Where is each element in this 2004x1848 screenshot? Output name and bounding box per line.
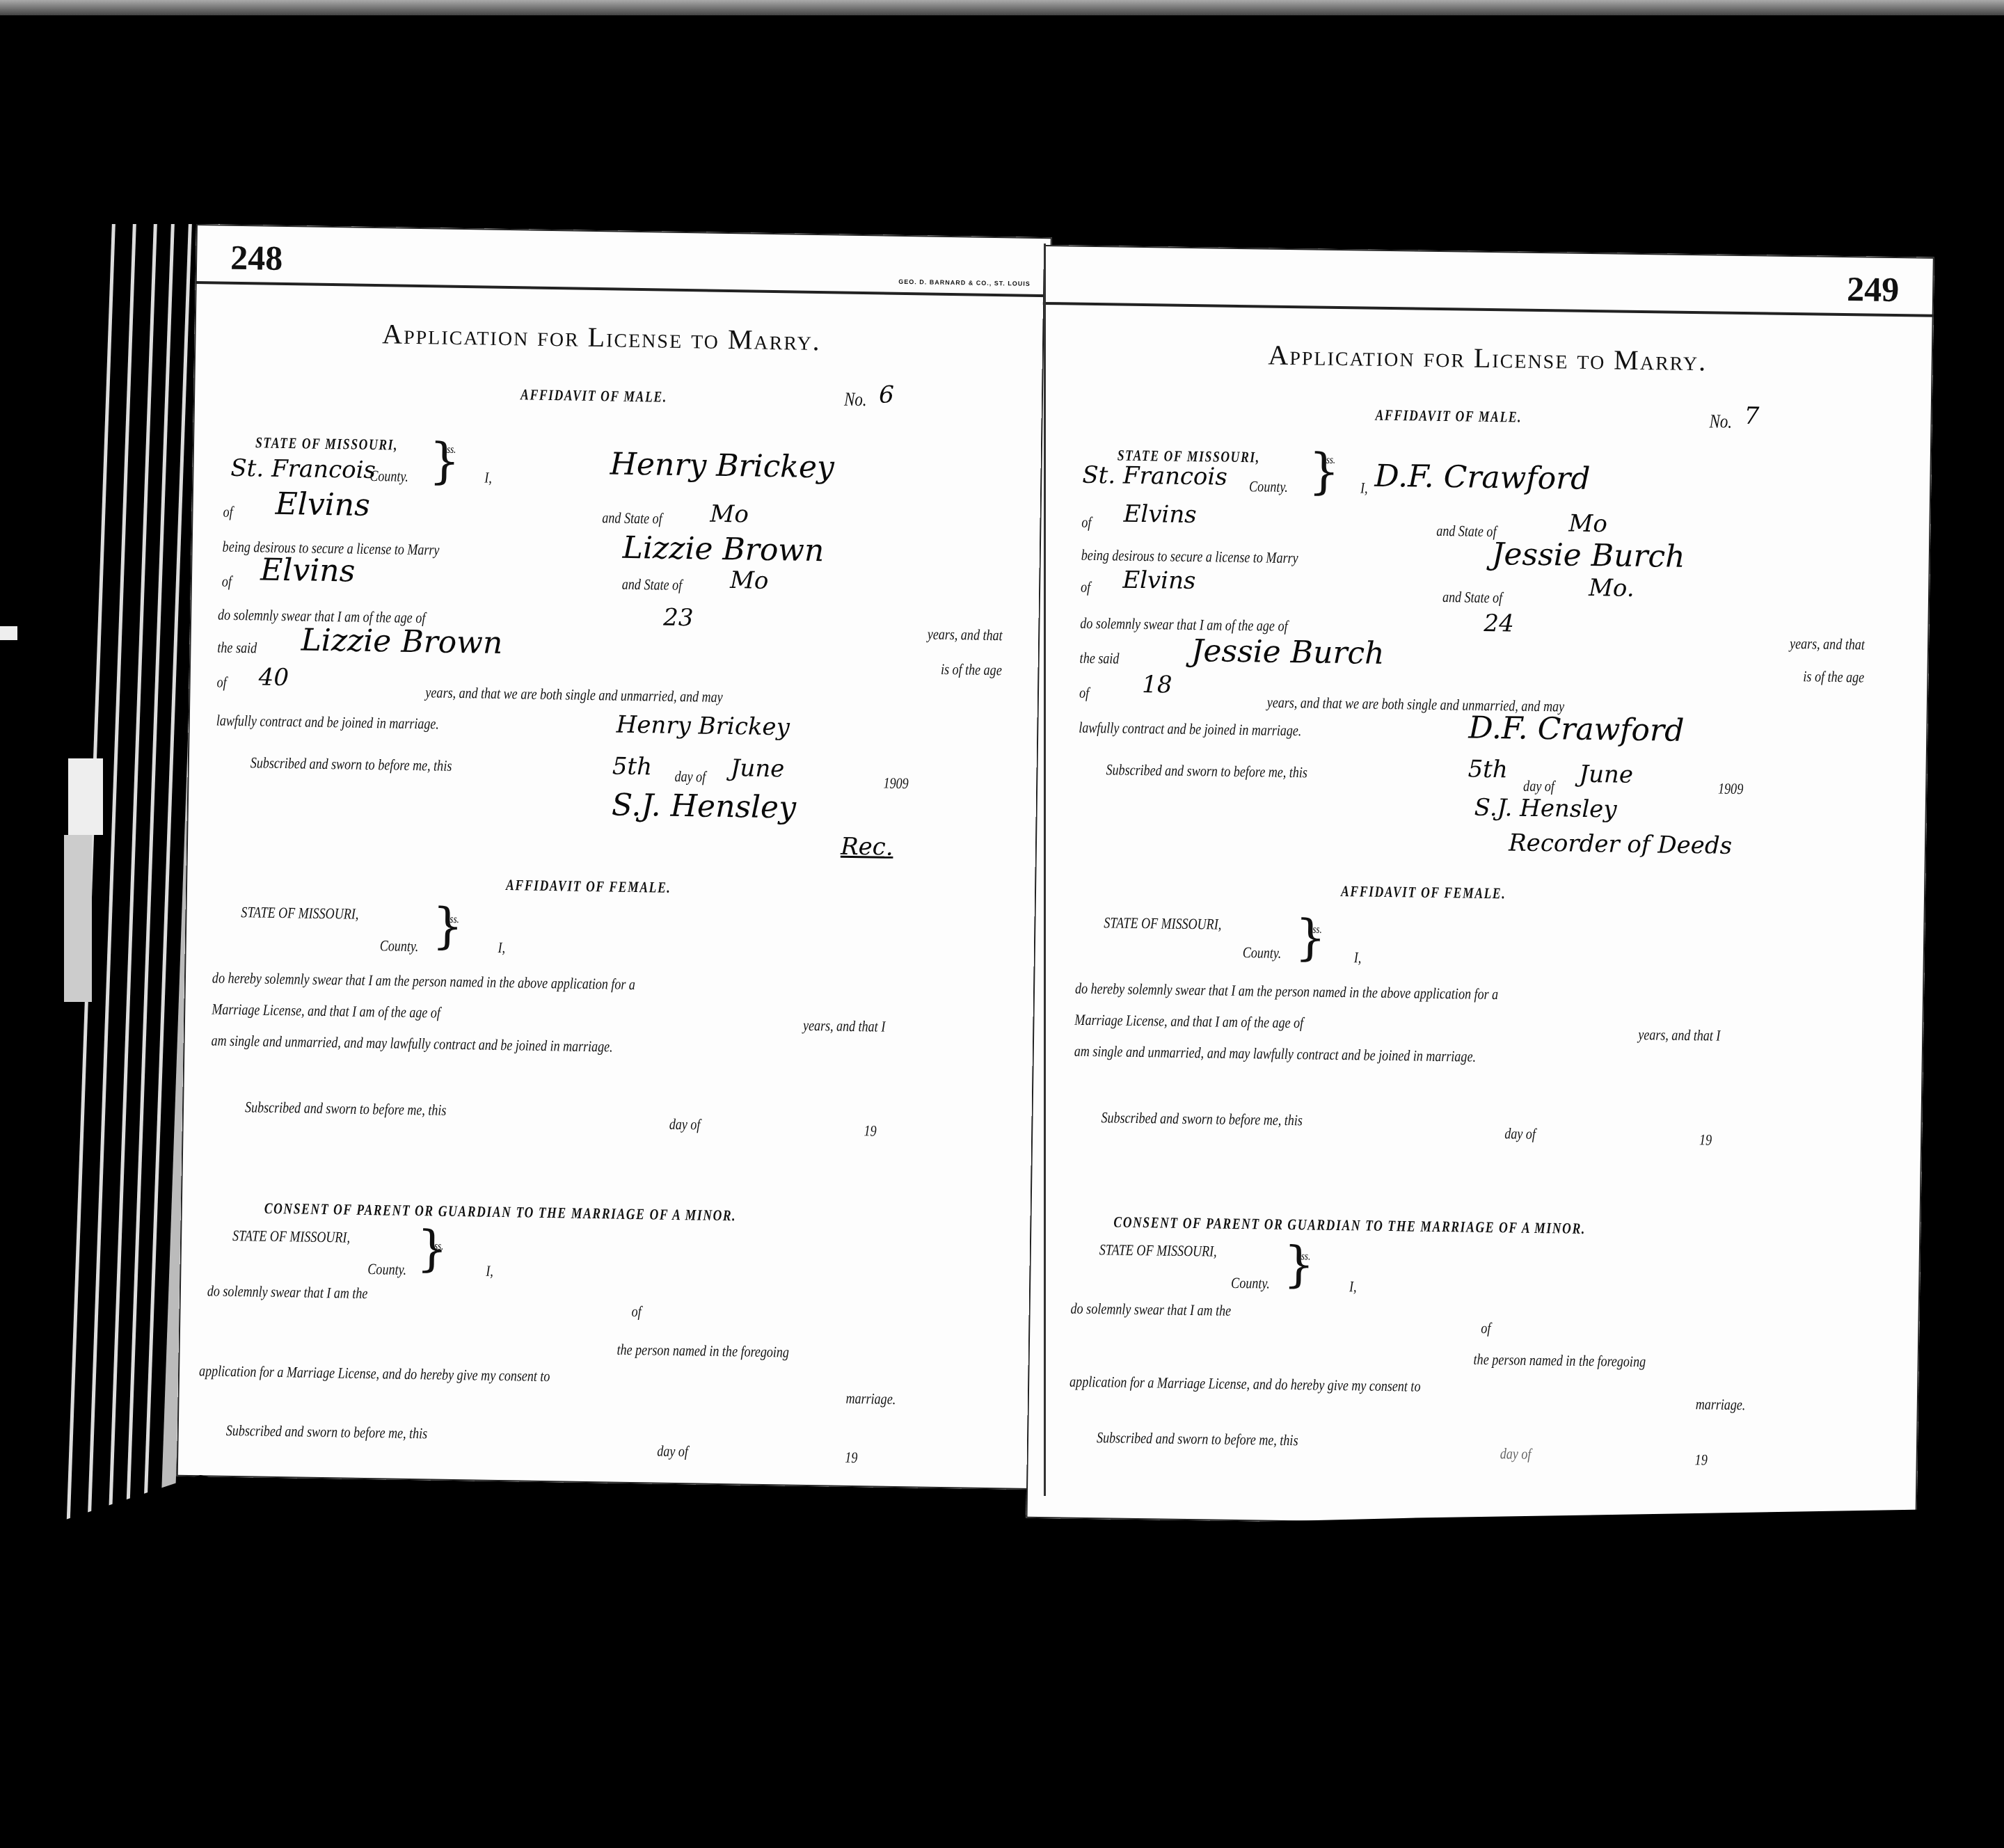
bride-residence: Elvins	[260, 552, 356, 589]
groom-name: D.F. Crawford	[1374, 459, 1591, 497]
page-number: 248	[230, 237, 283, 278]
county-label: County.	[1249, 477, 1288, 496]
years-and-that: years, and that	[928, 626, 1003, 645]
sworn-month: June	[1579, 760, 1633, 789]
male-affidavit-heading: AFFIDAVIT OF MALE.	[1375, 406, 1522, 427]
groom-residence: Elvins	[275, 486, 370, 523]
consent-line-3a: application for a Marriage License, and …	[1069, 1373, 1421, 1396]
page-tab-marker	[64, 835, 92, 1002]
groom-age: 23	[663, 604, 694, 632]
subscribed-text: Subscribed and sworn to before me, this	[226, 1421, 428, 1443]
of-label: of	[223, 503, 232, 521]
female-line-3: am single and unmarried, and may lawfull…	[211, 1031, 613, 1056]
year-prefix: 19	[864, 1122, 876, 1140]
county-label: County.	[1243, 943, 1282, 962]
female-line-3: am single and unmarried, and may lawfull…	[1074, 1042, 1477, 1066]
female-affidavit-heading: AFFIDAVIT OF FEMALE.	[1341, 882, 1506, 902]
ss-label: ss.	[447, 444, 456, 456]
state-of-label: and State of	[1436, 522, 1497, 541]
subscribed-text: Subscribed and sworn to before me, this	[250, 754, 452, 775]
day-of-label: day of	[1504, 1124, 1536, 1143]
groom-state: Mo	[710, 500, 749, 529]
female-line-2b: years, and that I	[1638, 1026, 1721, 1045]
page-tab-marker	[0, 626, 17, 640]
day-of-label: day of	[1523, 777, 1554, 796]
lawfully-text: lawfully contract and be joined in marri…	[216, 712, 440, 733]
bride-residence: Elvins	[1122, 566, 1196, 595]
groom-state: Mo	[1568, 510, 1607, 539]
year-prefix: 19	[845, 1449, 857, 1467]
consent-line-3b: marriage.	[845, 1389, 896, 1408]
groom-signature: Henry Brickey	[616, 711, 790, 742]
bride-state-label: and State of	[1442, 588, 1503, 607]
left-page: 248 GEO. D. BARNARD & CO., ST. LOUIS App…	[177, 224, 1052, 1490]
bride-state-label: and State of	[622, 575, 683, 594]
consent-line-2: the person named in the foregoing	[1474, 1351, 1646, 1371]
consent-line-1b: of	[631, 1303, 641, 1321]
ss-label: ss.	[1326, 454, 1336, 467]
consent-heading: CONSENT OF PARENT OR GUARDIAN TO THE MAR…	[1113, 1213, 1586, 1238]
day-of-label: day of	[669, 1115, 701, 1134]
state-label: STATE OF MISSOURI,	[255, 433, 398, 454]
groom-age: 24	[1484, 610, 1514, 638]
years-and-that: years, and that	[1790, 635, 1865, 654]
sworn-day: 5th	[612, 752, 653, 781]
sworn-year: 1909	[1718, 780, 1743, 799]
official-title: Recorder of Deeds	[1509, 829, 1733, 859]
scanner-top-edge	[0, 0, 2004, 15]
said-bride-name: Lizzie Brown	[301, 622, 502, 661]
bride-name: Jessie Burch	[1492, 536, 1685, 575]
year-prefix: 19	[1699, 1131, 1712, 1149]
is-of-age-label: is of the age	[1803, 667, 1864, 686]
i-label: I,	[484, 469, 492, 487]
female-affidavit-heading: AFFIDAVIT OF FEMALE.	[506, 876, 671, 897]
day-of-label: day of	[657, 1442, 688, 1461]
male-affidavit-heading: AFFIDAVIT OF MALE.	[520, 385, 667, 406]
brace: }	[1295, 913, 1327, 962]
county-value: St. Francois	[1082, 461, 1227, 491]
subscribed-text: Subscribed and sworn to before me, this	[1101, 1108, 1303, 1129]
lawfully-text: lawfully contract and be joined in marri…	[1079, 719, 1302, 740]
bride-state: Mo.	[1589, 574, 1635, 603]
record-number-label: No.	[844, 389, 867, 412]
both-single-text: years, and that we are both single and u…	[425, 683, 723, 706]
i-label: I,	[1349, 1277, 1357, 1296]
i-label: I,	[1360, 479, 1368, 497]
i-label: I,	[498, 939, 506, 957]
printer-imprint: GEO. D. BARNARD & CO., ST. LOUIS	[898, 278, 1031, 287]
ss-label: ss.	[450, 914, 459, 926]
of-label: of	[1079, 684, 1089, 702]
bride-age: 40	[258, 663, 289, 692]
form-title: Application for License to Marry.	[1042, 335, 1934, 381]
female-line-2a: Marriage License, and that I am of the a…	[212, 1000, 440, 1021]
female-line-2b: years, and that I	[803, 1017, 886, 1036]
i-label: I,	[1354, 948, 1362, 966]
bride-name: Lizzie Brown	[622, 530, 824, 569]
state-label: STATE OF MISSOURI,	[232, 1227, 350, 1247]
bride-of-label: of	[222, 573, 232, 591]
page-tab-marker	[68, 758, 103, 835]
consent-line-1a: do solemnly swear that I am the	[207, 1282, 368, 1303]
official-signature: S.J. Hensley	[1474, 794, 1616, 824]
county-label: County.	[367, 1260, 406, 1279]
state-label: STATE OF MISSOURI,	[1104, 914, 1221, 933]
bride-state: Mo	[730, 566, 769, 595]
record-number: 7	[1744, 402, 1759, 430]
state-label: STATE OF MISSOURI,	[241, 903, 358, 923]
bride-of-label: of	[1081, 578, 1090, 596]
consent-line-3a: application for a Marriage License, and …	[199, 1362, 550, 1385]
female-line-1: do hereby solemnly swear that I am the p…	[1075, 980, 1498, 1003]
ss-label: ss.	[434, 1241, 444, 1253]
official-title: Rec.	[841, 833, 893, 861]
of-label: of	[216, 674, 226, 692]
record-number: 6	[879, 381, 894, 408]
state-of-label: and State of	[602, 509, 662, 527]
subscribed-text: Subscribed and sworn to before me, this	[1097, 1428, 1298, 1449]
day-of-label: day of	[674, 767, 706, 786]
female-line-2a: Marriage License, and that I am of the a…	[1074, 1011, 1303, 1033]
form-title: Application for License to Marry.	[152, 314, 1051, 360]
ss-label: ss.	[1312, 923, 1322, 936]
consent-heading: CONSENT OF PARENT OR GUARDIAN TO THE MAR…	[264, 1200, 737, 1225]
consent-line-3b: marriage.	[1696, 1395, 1746, 1414]
the-said-label: the said	[217, 639, 257, 658]
desirous-label: being desirous to secure a license to Ma…	[1081, 546, 1298, 567]
brace: }	[1283, 1240, 1315, 1289]
county-label: County.	[380, 937, 419, 955]
book-gutter	[1044, 244, 1046, 1496]
sworn-year: 1909	[883, 774, 908, 793]
consent-line-1b: of	[1481, 1319, 1490, 1337]
bride-age: 18	[1142, 671, 1172, 699]
is-of-age-label: is of the age	[941, 660, 1002, 679]
county-label: County.	[1231, 1274, 1270, 1293]
state-label: STATE OF MISSOURI,	[1099, 1241, 1217, 1260]
record-number-label: No.	[1709, 411, 1732, 433]
sworn-month: June	[730, 754, 784, 783]
the-said-label: the said	[1080, 649, 1120, 668]
page-number: 249	[1847, 269, 1900, 310]
groom-name: Henry Brickey	[610, 446, 834, 485]
groom-signature: D.F. Crawford	[1468, 710, 1685, 749]
right-page: 249 Application for License to Marry. AF…	[1026, 245, 1934, 1531]
groom-residence: Elvins	[1123, 500, 1197, 529]
of-label: of	[1081, 513, 1091, 532]
subscribed-text: Subscribed and sworn to before me, this	[245, 1098, 447, 1120]
county-label: County.	[369, 467, 408, 486]
ss-label: ss.	[1301, 1250, 1311, 1263]
i-label: I,	[486, 1262, 493, 1280]
official-signature: S.J. Hensley	[612, 787, 797, 825]
year-prefix: 19	[1695, 1451, 1708, 1469]
consent-line-2: the person named in the foregoing	[617, 1341, 789, 1362]
header-rule	[1043, 302, 1934, 317]
said-bride-name: Jessie Burch	[1191, 633, 1385, 671]
subscribed-text: Subscribed and sworn to before me, this	[1106, 760, 1307, 781]
county-value: St. Francois	[230, 454, 376, 484]
consent-line-1a: do solemnly swear that I am the	[1070, 1300, 1231, 1320]
female-line-1: do hereby solemnly swear that I am the p…	[212, 969, 635, 994]
scan-background	[0, 1475, 2004, 1806]
day-of-label: day of	[1500, 1444, 1532, 1463]
sworn-day: 5th	[1468, 756, 1508, 784]
swear-age-label: do solemnly swear that I am of the age o…	[1080, 614, 1287, 635]
